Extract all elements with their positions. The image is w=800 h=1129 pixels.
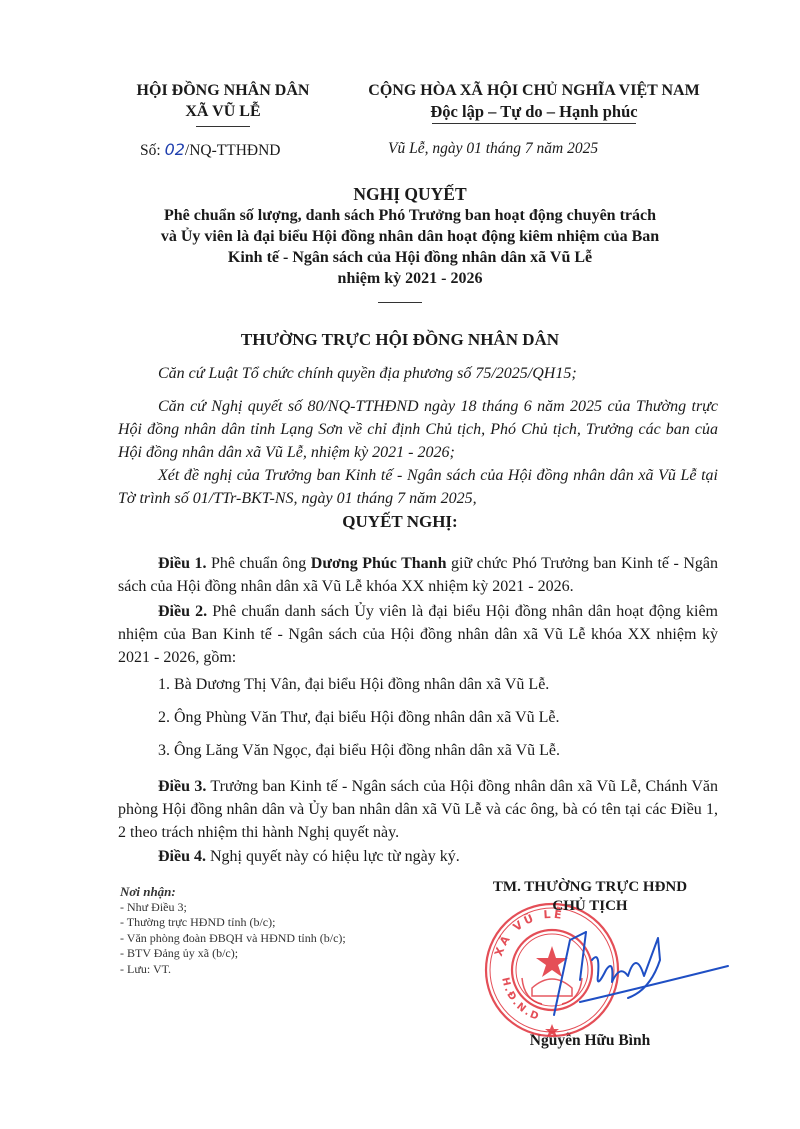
recipient-item: - Văn phòng đoàn ĐBQH và HĐND tỉnh (b/c)… <box>120 931 346 947</box>
recipient-item: - Như Điều 3; <box>120 900 346 916</box>
recipient-item: - Thường trực HĐND tỉnh (b/c); <box>120 915 346 931</box>
nation-name: CỘNG HÒA XÃ HỘI CHỦ NGHĨA VIỆT NAM <box>348 80 720 101</box>
signature-block: TM. THƯỜNG TRỰC HĐND CHỦ TỊCH <box>460 878 720 916</box>
title-main: NGHỊ QUYẾT <box>110 183 710 205</box>
appointee-name: Dương Phúc Thanh <box>311 555 447 572</box>
document-title: NGHỊ QUYẾT Phê chuẩn số lượng, danh sách… <box>110 183 710 289</box>
title-sub-4: nhiệm kỳ 2021 - 2026 <box>110 268 710 289</box>
member-2: 2. Ông Phùng Văn Thư, đại biểu Hội đồng … <box>158 709 560 727</box>
title-sub-1: Phê chuẩn số lượng, danh sách Phó Trưởng… <box>110 205 710 226</box>
issuer-underline <box>196 126 250 127</box>
signer-title: CHỦ TỊCH <box>460 897 720 916</box>
issuing-body-line1: HỘI ĐỒNG NHÂN DÂN <box>118 80 328 101</box>
decision-heading: QUYẾT NGHỊ: <box>100 512 700 532</box>
basis-2: Căn cứ Nghị quyết số 80/NQ-TTHĐND ngày 1… <box>118 395 718 464</box>
recipient-item: - Lưu: VT. <box>120 962 346 978</box>
issuing-body-line2: XÃ VŨ LỄ <box>118 101 328 122</box>
motto-underline <box>432 123 636 124</box>
issuing-body: HỘI ĐỒNG NHÂN DÂN XÃ VŨ LỄ <box>118 80 328 122</box>
title-sub-3: Kinh tế - Ngân sách của Hội đồng nhân dâ… <box>110 247 710 268</box>
member-1: 1. Bà Dương Thị Vân, đại biểu Hội đồng n… <box>158 676 549 694</box>
article-3: Điều 3. Trưởng ban Kinh tế - Ngân sách c… <box>118 775 718 844</box>
national-title: CỘNG HÒA XÃ HỘI CHỦ NGHĨA VIỆT NAM Độc l… <box>348 80 720 122</box>
basis-3: Xét đề nghị của Trưởng ban Kinh tế - Ngâ… <box>118 464 718 510</box>
member-3: 3. Ông Lăng Văn Ngọc, đại biểu Hội đồng … <box>158 742 560 760</box>
article-2: Điều 2. Phê chuẩn danh sách Ủy viên là đ… <box>118 600 718 669</box>
issuer-heading: THƯỜNG TRỰC HỘI ĐỒNG NHÂN DÂN <box>100 330 700 350</box>
recipients: Nơi nhận: - Như Điều 3; - Thường trực HĐ… <box>120 884 346 977</box>
national-motto: Độc lập – Tự do – Hạnh phúc <box>348 101 720 122</box>
document-number: Số: 02/NQ-TTHĐND <box>140 140 281 160</box>
article-4: Điều 4. Nghị quyết này có hiệu lực từ ng… <box>118 845 718 868</box>
article-1: Điều 1. Phê chuẩn ông Dương Phúc Thanh g… <box>118 552 718 598</box>
title-underline <box>378 302 422 303</box>
place-date: Vũ Lễ, ngày 01 tháng 7 năm 2025 <box>388 140 598 158</box>
handwritten-number: 02 <box>165 140 185 159</box>
recipients-heading: Nơi nhận: <box>120 884 346 900</box>
title-sub-2: và Ủy viên là đại biểu Hội đồng nhân dân… <box>110 226 710 247</box>
basis-1: Căn cứ Luật Tổ chức chính quyền địa phươ… <box>118 362 718 385</box>
recipient-item: - BTV Đảng ủy xã (b/c); <box>120 946 346 962</box>
handwritten-signature-icon <box>540 920 730 1020</box>
on-behalf-of: TM. THƯỜNG TRỰC HĐND <box>460 878 720 897</box>
